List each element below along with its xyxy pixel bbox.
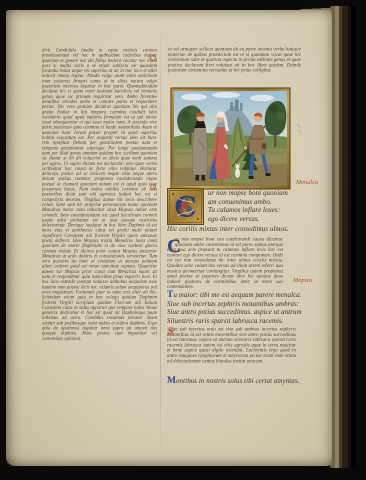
verse-line: Siue sub incertas zephiris motantibus um… — [167, 301, 303, 310]
verse-line: Tu calamos inflare leues: — [208, 207, 303, 216]
verse-line: am conuenimus ambo. — [208, 199, 303, 208]
miniature-scene — [174, 91, 287, 186]
verse-lines: Siue sub incertas zephiris motantibus um… — [167, 301, 303, 327]
commentary-text: iue sub incertas ordo est sive sub umbra… — [167, 327, 296, 364]
commentary-block-1: C ur non mopse boni ista confirmandi cau… — [167, 237, 301, 291]
verse-block-1: ur non mopse boni quoniamam conuenimus a… — [208, 190, 303, 224]
book-binding-edge — [330, 6, 356, 468]
miniature-painting — [171, 88, 290, 189]
verse-line: Hic corilis mixtas inter consedimus ulmo… — [167, 226, 303, 235]
verse-line: ur non mopse boni quoniam — [208, 190, 303, 199]
commentary-text: in vel armigeri scilicet quoniam ab ea p… — [168, 47, 301, 73]
commentary-text: dicit Candidula laudat in equis rusticis… — [42, 48, 157, 341]
folio-number: 3 — [328, 11, 338, 19]
margin-scribble — [294, 122, 304, 136]
red-ring-mark — [150, 55, 156, 61]
margin-note-menalcas: Menalca — [296, 179, 318, 186]
verse-line: Siluestris raris sparsit labrusca racemi… — [167, 318, 303, 327]
commentary-text: ur non mopse boni ista confirmandi causa… — [167, 237, 283, 290]
red-ring-mark — [150, 184, 156, 190]
verse-block-3: Montibus in nostris solus tibi certat am… — [167, 377, 303, 387]
commentary-block-2: S iue sub incertas ordo est sive sub umb… — [167, 327, 301, 377]
verse-line: Tu maior: tibi me est aequum parere mena… — [167, 291, 303, 301]
top-commentary-block: in vel armigeri scilicet quoniam ab ea p… — [168, 47, 301, 80]
left-commentary-column: dicit Candidula laudat in equis rusticis… — [42, 48, 158, 388]
page-crease — [160, 10, 161, 466]
verse-line: Siue antro potius succedimus. aspice ut … — [167, 309, 303, 318]
manuscript-photo: 3 dicit Candidula laudat in equis rustic… — [0, 0, 366, 480]
verse-block-2: Tu maior: tibi me est aequum parere mena… — [167, 291, 303, 326]
verse-line: ego dicere versus. — [208, 216, 303, 225]
penwork-initial-M: M — [167, 376, 176, 386]
manuscript-page: 3 dicit Candidula laudat in equis rustic… — [6, 10, 332, 466]
margin-note-mopsus: Mopsus — [293, 277, 313, 284]
illuminated-initial-C: C — [167, 188, 204, 225]
